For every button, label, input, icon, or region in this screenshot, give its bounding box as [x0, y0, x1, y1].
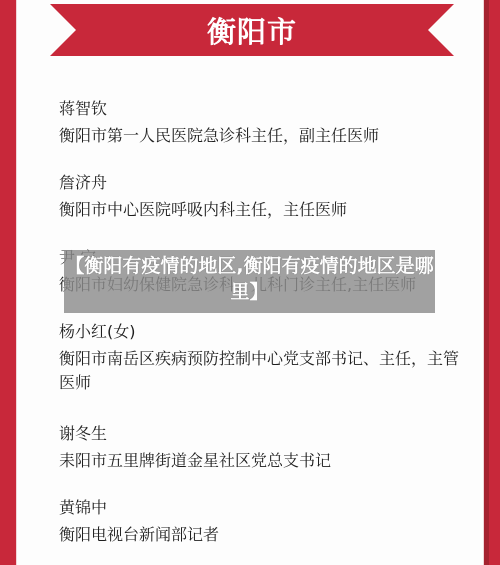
caption-text: 【衡阳有疫情的地区,衡阳有疫情的地区是哪里】 [64, 253, 435, 305]
poster-frame: 衡阳市 蒋智钦 衡阳市第一人民医院急诊科主任，副主任医师 詹济舟 衡阳市中心医院… [0, 0, 500, 565]
left-inner-line [16, 0, 17, 565]
list-item: 蒋智钦 衡阳市第一人民医院急诊科主任，副主任医师 [59, 98, 459, 148]
person-name: 黄锦中 [59, 497, 459, 519]
list-item: 黄锦中 衡阳电视台新闻部记者 [59, 497, 459, 547]
person-title: 耒阳市五里牌街道金星社区党总支书记 [59, 449, 459, 473]
city-title: 衡阳市 [50, 4, 454, 56]
person-name: 谢冬生 [59, 423, 459, 445]
person-title: 衡阳市第一人民医院急诊科主任，副主任医师 [59, 124, 459, 148]
left-red-border [0, 0, 16, 565]
right-inner-line [483, 0, 484, 565]
title-ribbon: 衡阳市 [50, 4, 454, 56]
person-name: 詹济舟 [59, 172, 459, 194]
person-title: 衡阳市中心医院呼吸内科主任，主任医师 [59, 198, 459, 222]
list-item: 谢冬生 耒阳市五里牌街道金星社区党总支书记 [59, 423, 459, 473]
list-item: 詹济舟 衡阳市中心医院呼吸内科主任，主任医师 [59, 172, 459, 222]
list-item: 杨小红(女) 衡阳市南岳区疾病预防控制中心党支部书记、主任，主管医师 [59, 321, 459, 395]
person-title: 衡阳市南岳区疾病预防控制中心党支部书记、主任，主管医师 [59, 347, 459, 395]
person-name: 蒋智钦 [59, 98, 459, 120]
person-name: 杨小红(女) [59, 321, 459, 343]
person-title: 衡阳电视台新闻部记者 [59, 523, 459, 547]
right-red-border [484, 0, 500, 565]
